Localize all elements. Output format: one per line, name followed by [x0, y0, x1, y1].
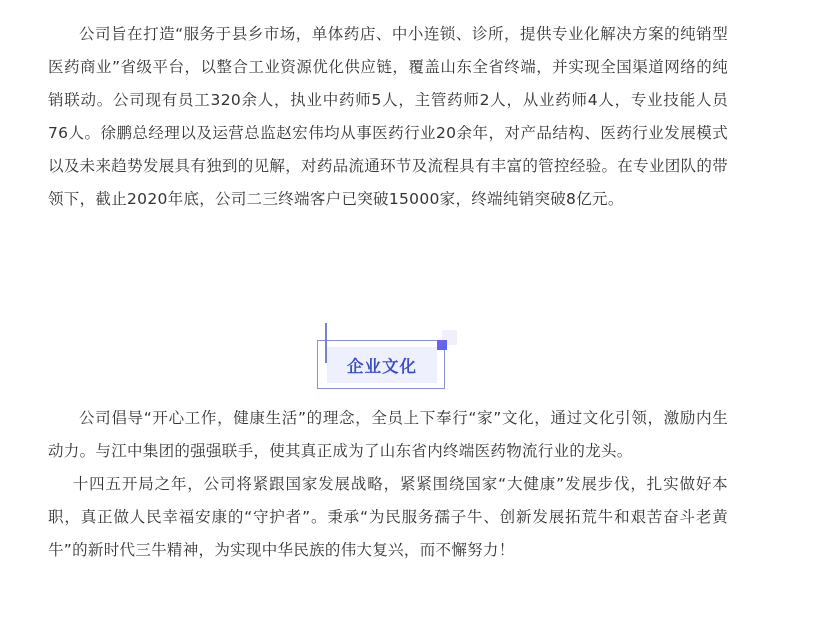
culture-paragraph-2: 十四五开局之年，公司将紧跟国家发展战略，紧紧围绕国家“大健康”发展步伐，扎实做好… [48, 468, 728, 567]
culture-section: 公司倡导“开心工作，健康生活”的理念，全员上下奉行“家”文化，通过文化引领，激励… [48, 402, 728, 567]
company-intro-paragraph: 公司旨在打造“服务于县乡市场，单体药店、中小连锁、诊所，提供专业化解决方案的纯销… [48, 18, 728, 216]
decorative-accent-line-icon [325, 323, 327, 363]
company-intro-section: 公司旨在打造“服务于县乡市场，单体药店、中小连锁、诊所，提供专业化解决方案的纯销… [48, 18, 728, 216]
section-title-box: 企业文化 [327, 347, 437, 383]
culture-paragraph-1: 公司倡导“开心工作，健康生活”的理念，全员上下奉行“家”文化，通过文化引领，激励… [48, 402, 728, 468]
section-title: 企业文化 [347, 353, 417, 377]
decorative-gradient-square-icon [437, 340, 447, 350]
